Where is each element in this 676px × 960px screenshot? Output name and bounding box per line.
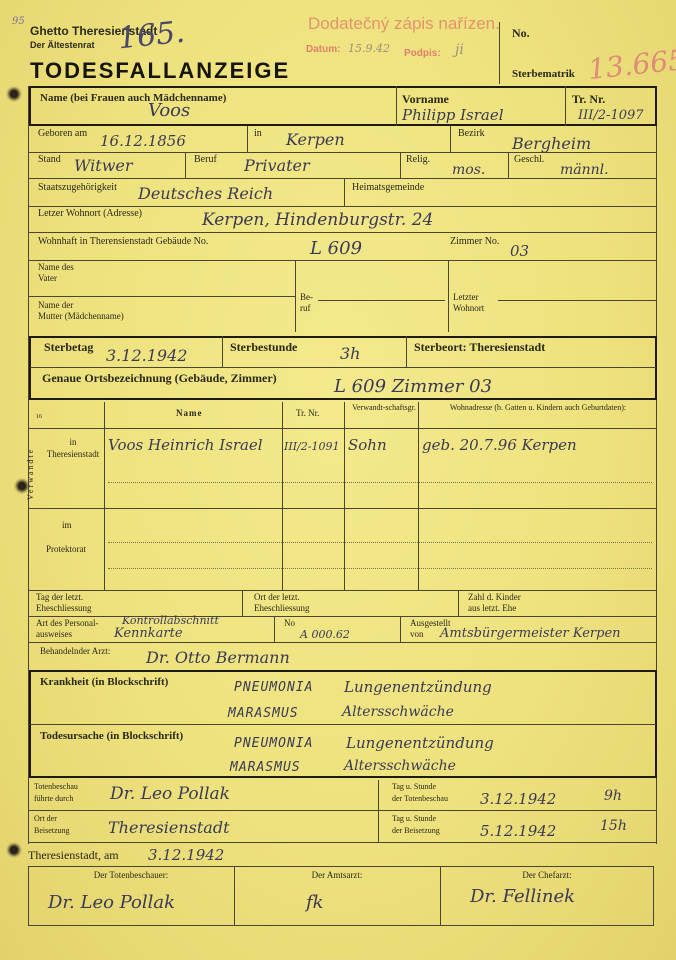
ort-beis-label1: Ort der bbox=[34, 814, 57, 823]
tag-toten-date: 3.12.1942 bbox=[480, 790, 556, 808]
tag-beis-date: 5.12.1942 bbox=[480, 822, 556, 840]
punch-hole-icon bbox=[6, 842, 22, 858]
col-verw-header: Verwandt-schaftsgr. bbox=[352, 402, 416, 413]
in-label: in bbox=[254, 128, 262, 139]
group-protektorat-label1: im bbox=[62, 520, 72, 530]
ausweis-no-value: A 000.62 bbox=[300, 628, 350, 641]
beruf-value: Privater bbox=[244, 156, 310, 175]
sig3-label: Der Chefarzt: bbox=[440, 870, 654, 880]
arzt-label: Behandelnder Arzt: bbox=[40, 646, 110, 656]
wohnort-value: Kerpen, Hindenburgstr. 24 bbox=[202, 210, 433, 230]
col-name-header: Name bbox=[176, 408, 203, 418]
bezirk-value: Bergheim bbox=[512, 134, 591, 153]
stand-label: Stand bbox=[38, 154, 61, 165]
ort-beis-label2: Beisetzung bbox=[34, 826, 70, 835]
zimmer-label: Zimmer No. bbox=[450, 236, 499, 247]
relative-name: Voos Heinrich Israel bbox=[108, 436, 263, 454]
toten-label1: Totenbeschau bbox=[34, 782, 78, 791]
genaue-label: Genaue Ortsbezeichnung (Gebäude, Zimmer) bbox=[42, 371, 277, 386]
sterbestunde-label: Sterbestunde bbox=[230, 340, 297, 355]
wohnhaft-label: Wohnhaft in Therensienstadt Gebäude No. bbox=[38, 236, 208, 247]
arzt-value: Dr. Otto Bermann bbox=[146, 648, 290, 667]
trnr-value: III/2-1097 bbox=[578, 108, 644, 123]
sig3-value: Dr. Fellinek bbox=[470, 886, 575, 907]
in-value: Kerpen bbox=[286, 130, 345, 149]
sig2-label: Der Amtsarzt: bbox=[234, 870, 440, 880]
geschl-value: männl. bbox=[560, 162, 609, 178]
trnr-label: Tr. Nr. bbox=[572, 92, 605, 107]
krankheit-line2-block: MARASMUS bbox=[228, 706, 299, 721]
place-date-label: Theresienstadt, am bbox=[28, 848, 119, 863]
vater-label1: Name des bbox=[38, 262, 74, 272]
staats-value: Deutsches Reich bbox=[138, 184, 273, 203]
col-adresse-header: Wohnadresse (b. Gatten u. Kindern auch G… bbox=[424, 402, 652, 413]
sterbetag-value: 3.12.1942 bbox=[106, 346, 187, 365]
wohnort-label: Letzer Wohnort (Adresse) bbox=[38, 208, 142, 219]
todesursache-line1-block: PNEUMONIA bbox=[234, 736, 313, 751]
stamp-line1: Dodatečný zápis nařízen. bbox=[308, 14, 500, 34]
relative-trnr: III/2-1091 bbox=[284, 440, 339, 453]
beruf2-label1: Be- bbox=[300, 292, 313, 302]
handwritten-number: 165. bbox=[116, 15, 186, 57]
letzter-label2: Wohnort bbox=[453, 303, 484, 313]
geboren-value: 16.12.1856 bbox=[100, 132, 186, 150]
ausgestellt-value: Amtsbürgermeister Kerpen bbox=[440, 626, 621, 641]
staats-label: Staatszugehörigkeit bbox=[38, 182, 117, 193]
punch-hole-icon bbox=[6, 86, 22, 102]
art-label2: ausweises bbox=[36, 629, 72, 639]
sig1-value: Dr. Leo Pollak bbox=[48, 892, 175, 913]
tag-ehe-label1: Tag der letzt. bbox=[36, 592, 83, 602]
group-protektorat-label2: Protektorat bbox=[46, 544, 86, 554]
letzter-label1: Letzter bbox=[453, 292, 478, 302]
col-trnr-header: Tr. Nr. bbox=[296, 408, 319, 418]
mutter-label2: Mutter (Mädchenname) bbox=[38, 311, 124, 321]
sterbeort-label: Sterbeort: Theresienstadt bbox=[414, 340, 545, 355]
vorname-label: Vorname bbox=[402, 92, 449, 107]
sig1-label: Der Totenbeschauer: bbox=[28, 870, 234, 880]
todesursache-line1-script: Lungenentzündung bbox=[346, 734, 494, 752]
zimmer-value: 03 bbox=[510, 242, 529, 260]
surname-value: Voos bbox=[148, 100, 190, 121]
sterbetag-label: Sterbetag bbox=[44, 340, 93, 355]
mutter-label1: Name der bbox=[38, 300, 73, 310]
no-label: No. bbox=[512, 26, 530, 41]
kinder-label1: Zahl d. Kinder bbox=[468, 592, 521, 602]
place-date-value: 3.12.1942 bbox=[148, 846, 224, 864]
org-line2: Der Ältestenrat bbox=[30, 40, 95, 50]
sterbematrik-label: Sterbematrik bbox=[512, 68, 575, 80]
krankheit-line2-script: Altersschwäche bbox=[342, 704, 454, 720]
sterbestunde-value: 3h bbox=[340, 344, 360, 363]
page-title: TODESFALLANZEIGE bbox=[30, 58, 290, 84]
stand-value: Witwer bbox=[74, 156, 133, 175]
relative-adresse: geb. 20.7.96 Kerpen bbox=[422, 436, 577, 454]
toten-value: Dr. Leo Pollak bbox=[110, 784, 230, 804]
ort-ehe-label2: Eheschliessung bbox=[254, 603, 310, 613]
tag-beis-label2: der Beisetzung bbox=[392, 826, 440, 835]
stamp-datum-label: Datum: bbox=[306, 44, 340, 55]
art-label1: Art des Personal- bbox=[36, 618, 99, 628]
ort-beis-value: Theresienstadt bbox=[108, 818, 230, 837]
beruf2-label2: ruf bbox=[300, 303, 311, 313]
tag-toten-label1: Tag u. Stunde bbox=[392, 782, 436, 791]
form-paper: 95 Ghetto Theresienstadt Der Ältestenrat… bbox=[0, 0, 676, 960]
tag-toten-hour: 9h bbox=[604, 788, 622, 804]
bezirk-label: Bezirk bbox=[458, 128, 485, 139]
geboren-label: Geboren am bbox=[38, 128, 87, 139]
verwandte-side-label: Verwandte bbox=[26, 448, 35, 500]
name-label: Name (bei Frauen auch Mädchenname) bbox=[40, 92, 226, 104]
tag-ehe-label2: Eheschliessung bbox=[36, 603, 92, 613]
krankheit-label: Krankheit (in Blockschrift) bbox=[40, 676, 168, 688]
ausgestellt-label2: von bbox=[410, 629, 424, 639]
todesursache-line2-script: Altersschwäche bbox=[344, 758, 456, 774]
ausweis-no-label: No bbox=[284, 618, 295, 628]
tag-beis-hour: 15h bbox=[600, 818, 627, 834]
krankheit-line1-script: Lungenentzündung bbox=[344, 678, 492, 696]
beruf-label: Beruf bbox=[194, 154, 217, 165]
relig-value: mos. bbox=[452, 162, 485, 178]
relative-verw: Sohn bbox=[348, 436, 387, 454]
kinder-label2: aus letzt. Ehe bbox=[468, 603, 516, 613]
vater-label2: Vater bbox=[38, 273, 57, 283]
tag-beis-label1: Tag u. Stunde bbox=[392, 814, 436, 823]
todesursache-label: Todesursache (in Blockschrift) bbox=[40, 730, 183, 742]
ort-ehe-label1: Ort der letzt. bbox=[254, 592, 300, 602]
relig-label: Relig. bbox=[406, 154, 430, 165]
sterbematrik-value: 13.665 bbox=[587, 43, 676, 86]
corner-note: 95 bbox=[12, 16, 25, 27]
wohnhaft-value: L 609 bbox=[310, 238, 362, 259]
genaue-value: L 609 Zimmer 03 bbox=[334, 376, 492, 397]
todesursache-line2-block: MARASMUS bbox=[230, 760, 301, 775]
heimat-label: Heimatsgemeinde bbox=[352, 182, 424, 193]
toten-label2: führte durch bbox=[34, 794, 73, 803]
vorname-value: Philipp Israel bbox=[402, 106, 504, 124]
sig2-value: fk bbox=[306, 892, 324, 913]
tag-toten-label2: der Totenbeschau bbox=[392, 794, 448, 803]
stamp-podpis-label: Podpis: bbox=[404, 48, 441, 59]
krankheit-line1-block: PNEUMONIA bbox=[234, 680, 313, 695]
stamp-podpis-value: ji bbox=[455, 42, 464, 58]
group-theresienstadt-label: in Theresienstadt bbox=[46, 436, 100, 460]
geschl-label: Geschl. bbox=[514, 154, 544, 165]
stamp-datum-value: 15.9.42 bbox=[348, 42, 390, 55]
art-value2: Kennkarte bbox=[114, 626, 183, 641]
